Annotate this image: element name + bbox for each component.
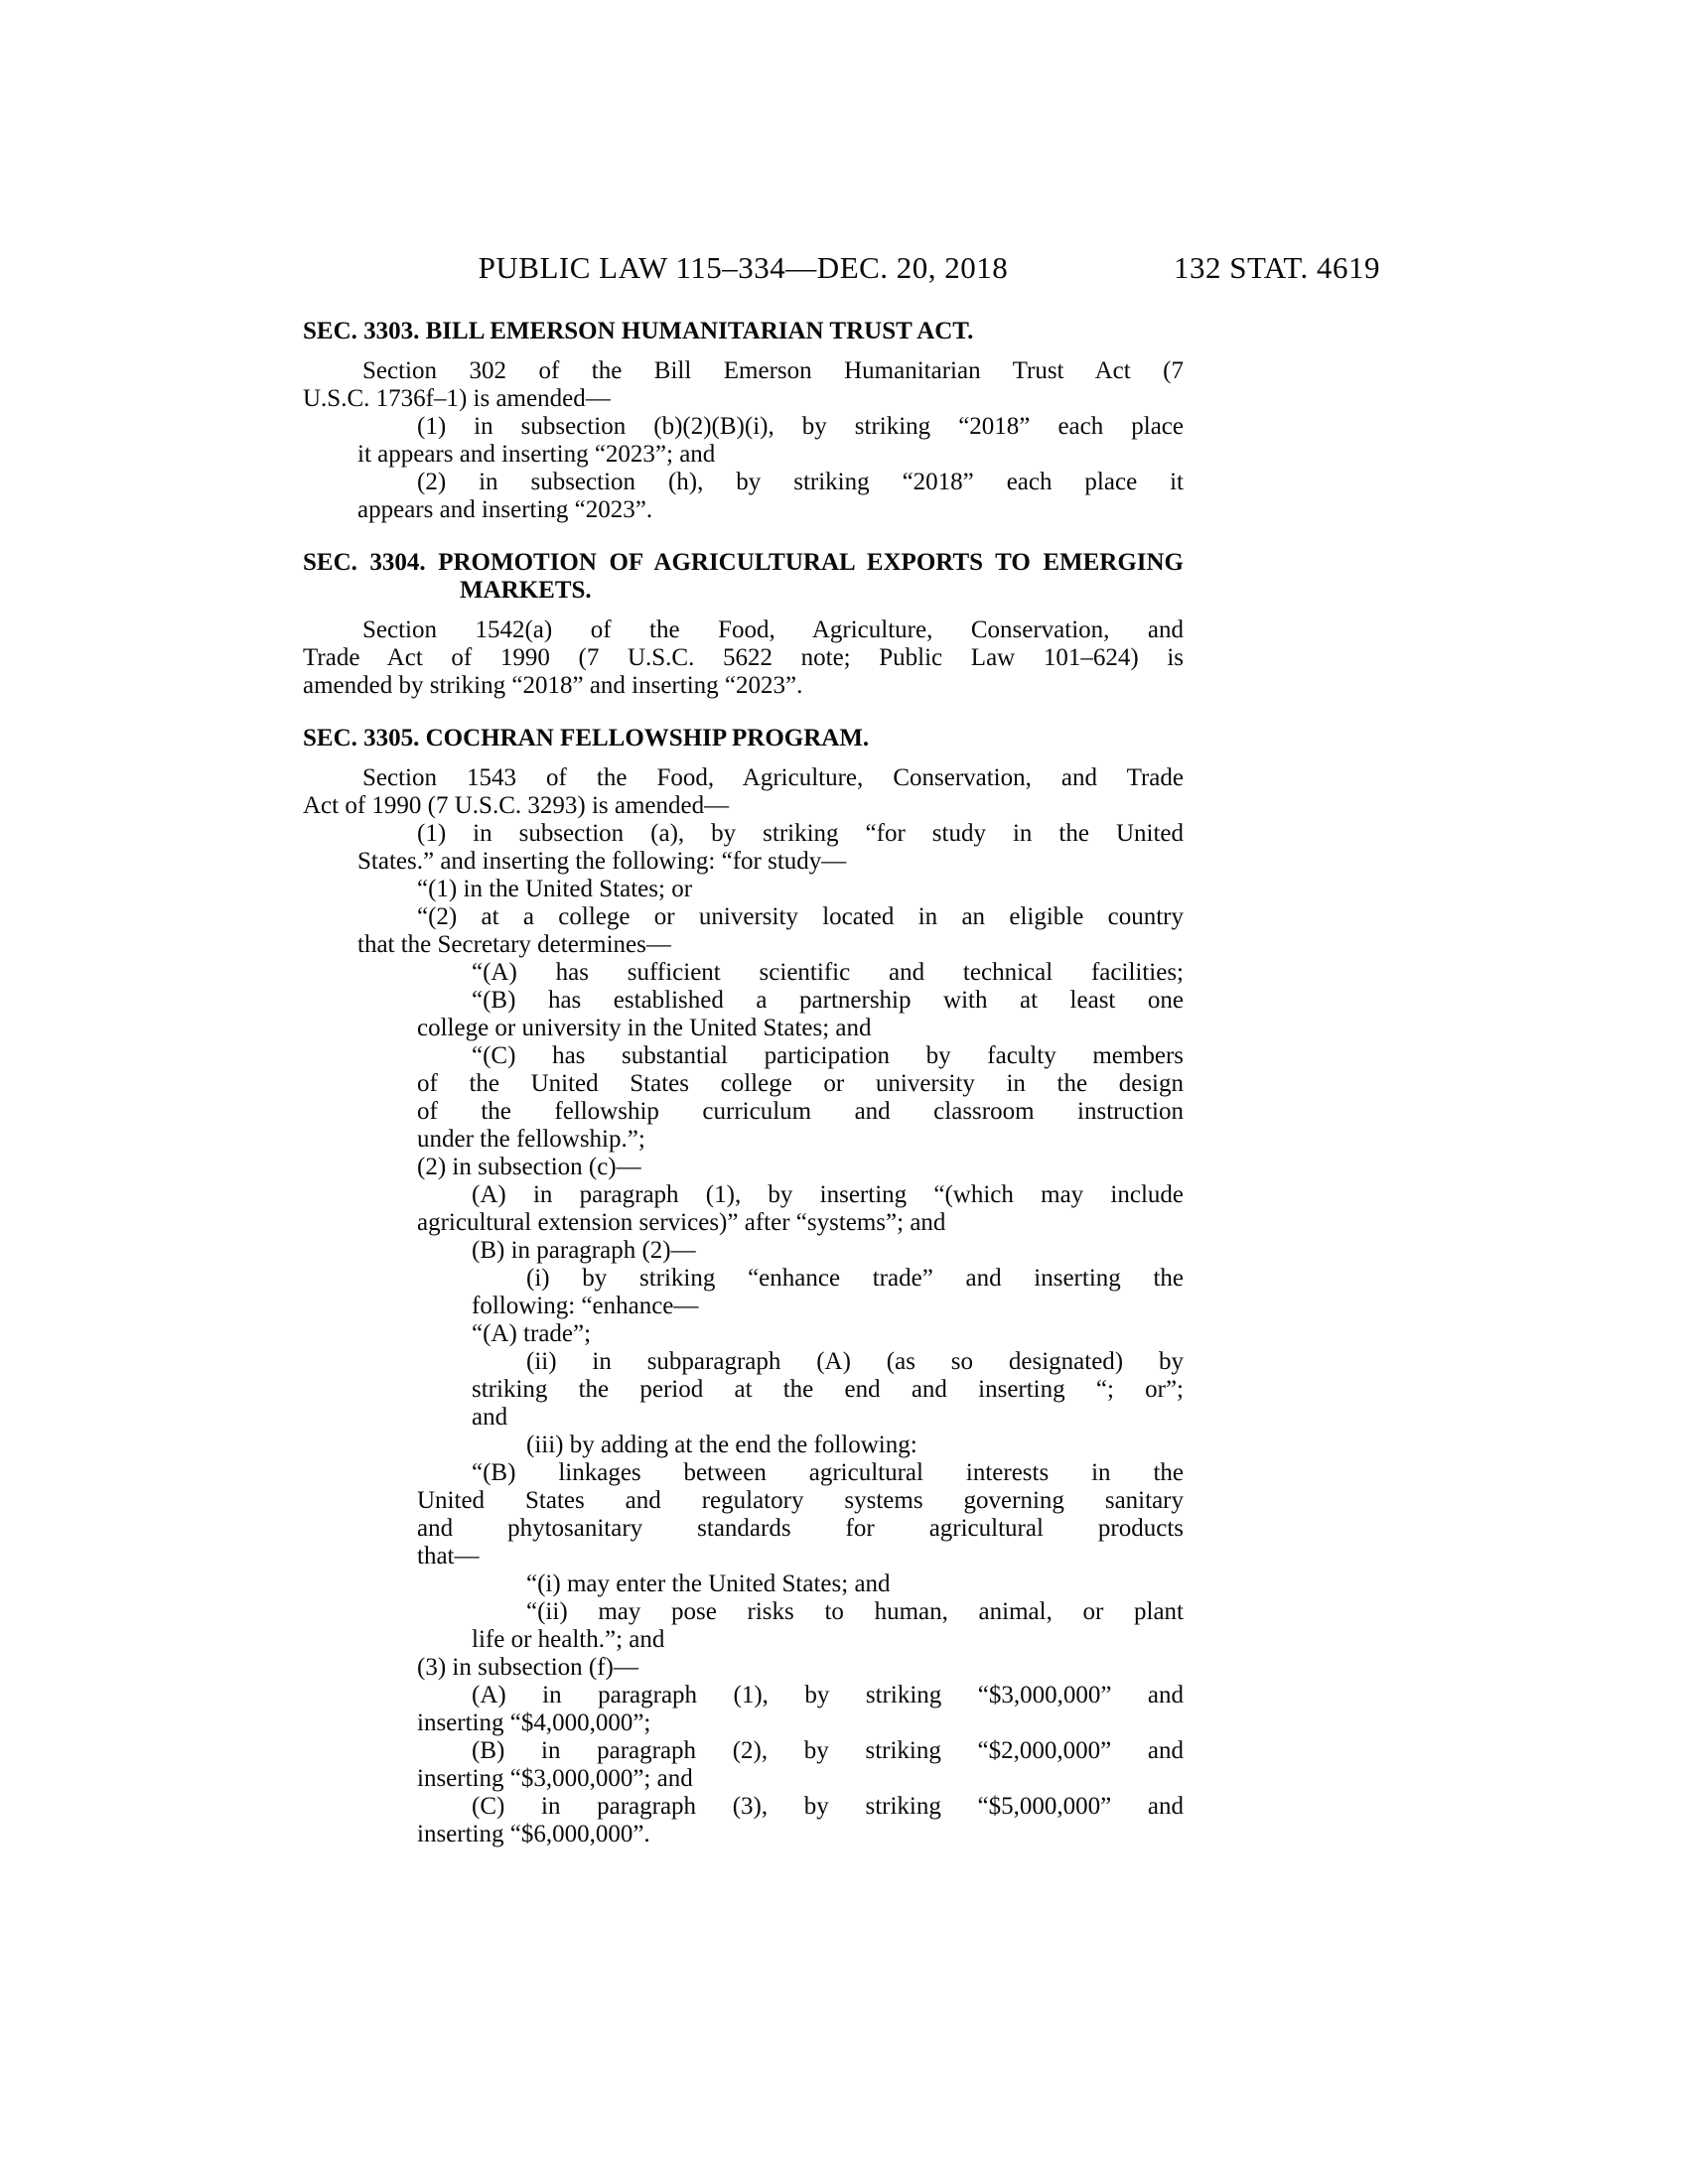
text-line: inserting “$6,000,000”. [417,1821,1184,1848]
text-line: “(A) has sufficient scientific and techn… [472,959,1184,987]
text-line: that— [417,1543,1184,1570]
text-line: Section 302 of the Bill Emerson Humanita… [362,357,1184,385]
paragraph: Section 1543 of the Food, Agriculture, C… [303,764,1184,820]
paragraph: (A) in paragraph (1), by inserting “(whi… [303,1181,1184,1237]
paragraph: “(1) in the United States; or [303,876,1184,903]
text-line: of the United States college or universi… [417,1070,1184,1098]
text-line: (1) in subsection (a), by striking “for … [417,820,1184,848]
text-line: and phytosanitary standards for agricult… [417,1515,1184,1543]
text-line: (2) in subsection (h), by striking “2018… [417,469,1184,496]
paragraph: “(B) has established a partnership with … [303,987,1184,1042]
text-line: (ii) in subparagraph (A) (as so designat… [526,1348,1184,1376]
text-line: appears and inserting “2023”. [357,496,1184,524]
text-line: (B) in paragraph (2), by striking “$2,00… [472,1737,1184,1765]
text-line: that the Secretary determines— [357,931,1184,959]
running-header: PUBLIC LAW 115–334—DEC. 20, 2018 132 STA… [0,250,1688,290]
text-line: of the fellowship curriculum and classro… [417,1098,1184,1126]
section-heading: SEC. 3305. COCHRAN FELLOWSHIP PROGRAM. [303,725,1184,752]
text-line: it appears and inserting “2023”; and [357,441,1184,469]
paragraph: “(2) at a college or university located … [303,903,1184,959]
text-line: (iii) by adding at the end the following… [526,1432,1184,1459]
text-line: United States and regulatory systems gov… [417,1487,1184,1515]
text-line: MARKETS. [460,577,1184,605]
section-heading: SEC. 3303. BILL EMERSON HUMANITARIAN TRU… [303,318,1184,345]
paragraph: (2) in subsection (c)— [303,1154,1184,1181]
text-line: following: “enhance— [472,1293,1184,1320]
paragraph: (1) in subsection (b)(2)(B)(i), by strik… [303,413,1184,469]
text-line: (i) by striking “enhance trade” and inse… [526,1265,1184,1293]
paragraph: (iii) by adding at the end the following… [303,1432,1184,1459]
text-line: (2) in subsection (c)— [417,1154,1184,1181]
paragraph: (A) in paragraph (1), by striking “$3,00… [303,1682,1184,1737]
text-line: “(ii) may pose risks to human, animal, o… [526,1598,1184,1626]
text-line: amended by striking “2018” and inserting… [303,672,1184,700]
paragraph: Section 1542(a) of the Food, Agriculture… [303,616,1184,700]
text-line: Trade Act of 1990 (7 U.S.C. 5622 note; P… [303,644,1184,672]
paragraph: “(i) may enter the United States; and [303,1570,1184,1598]
text-line: U.S.C. 1736f–1) is amended— [303,385,1184,413]
paragraph: (i) by striking “enhance trade” and inse… [303,1265,1184,1320]
text-line: striking the period at the end and inser… [472,1376,1184,1404]
text-line: Act of 1990 (7 U.S.C. 3293) is amended— [303,792,1184,820]
text-line: “(1) in the United States; or [417,876,1184,903]
paragraph: (2) in subsection (h), by striking “2018… [303,469,1184,524]
text-line: SEC. 3304. PROMOTION OF AGRICULTURAL EXP… [303,549,1184,577]
text-line: Section 1543 of the Food, Agriculture, C… [362,764,1184,792]
text-line: college or university in the United Stat… [417,1015,1184,1042]
page-stat-number: 132 STAT. 4619 [993,250,1380,286]
text-line: “(A) trade”; [472,1320,1184,1348]
text-line: life or health.”; and [472,1626,1184,1654]
paragraph: “(B) linkages between agricultural inter… [303,1459,1184,1570]
paragraph: (ii) in subparagraph (A) (as so designat… [303,1348,1184,1432]
text-line: (B) in paragraph (2)— [472,1237,1184,1265]
paragraph: “(C) has substantial participation by fa… [303,1042,1184,1154]
text-line: SEC. 3303. BILL EMERSON HUMANITARIAN TRU… [303,318,1184,345]
section-heading: SEC. 3304. PROMOTION OF AGRICULTURAL EXP… [303,549,1184,605]
text-line: SEC. 3305. COCHRAN FELLOWSHIP PROGRAM. [303,725,1184,752]
text-line: (3) in subsection (f)— [417,1654,1184,1682]
paragraph: “(A) has sufficient scientific and techn… [303,959,1184,987]
paragraph: “(A) trade”; [303,1320,1184,1348]
paragraph: (B) in paragraph (2), by striking “$2,00… [303,1737,1184,1793]
paragraph: (1) in subsection (a), by striking “for … [303,820,1184,876]
paragraph: (B) in paragraph (2)— [303,1237,1184,1265]
text-line: (A) in paragraph (1), by striking “$3,00… [472,1682,1184,1709]
text-line: Section 1542(a) of the Food, Agriculture… [362,616,1184,644]
text-line: (C) in paragraph (3), by striking “$5,00… [472,1793,1184,1821]
text-line: inserting “$3,000,000”; and [417,1765,1184,1793]
text-line: inserting “$4,000,000”; [417,1709,1184,1737]
text-line: (A) in paragraph (1), by inserting “(whi… [472,1181,1184,1209]
text-line: “(B) linkages between agricultural inter… [472,1459,1184,1487]
text-line: and [472,1404,1184,1432]
text-line: “(B) has established a partnership with … [472,987,1184,1015]
paragraph: “(ii) may pose risks to human, animal, o… [303,1598,1184,1654]
paragraph: Section 302 of the Bill Emerson Humanita… [303,357,1184,413]
paragraph: (3) in subsection (f)— [303,1654,1184,1682]
text-line: “(C) has substantial participation by fa… [472,1042,1184,1070]
document-body: SEC. 3303. BILL EMERSON HUMANITARIAN TRU… [303,293,1184,1848]
text-line: under the fellowship.”; [417,1126,1184,1154]
text-line: (1) in subsection (b)(2)(B)(i), by strik… [417,413,1184,441]
text-line: agricultural extension services)” after … [417,1209,1184,1237]
text-line: “(i) may enter the United States; and [526,1570,1184,1598]
paragraph: (C) in paragraph (3), by striking “$5,00… [303,1793,1184,1848]
text-line: States.” and inserting the following: “f… [357,848,1184,876]
text-line: “(2) at a college or university located … [417,903,1184,931]
statute-page: PUBLIC LAW 115–334—DEC. 20, 2018 132 STA… [0,0,1688,2184]
